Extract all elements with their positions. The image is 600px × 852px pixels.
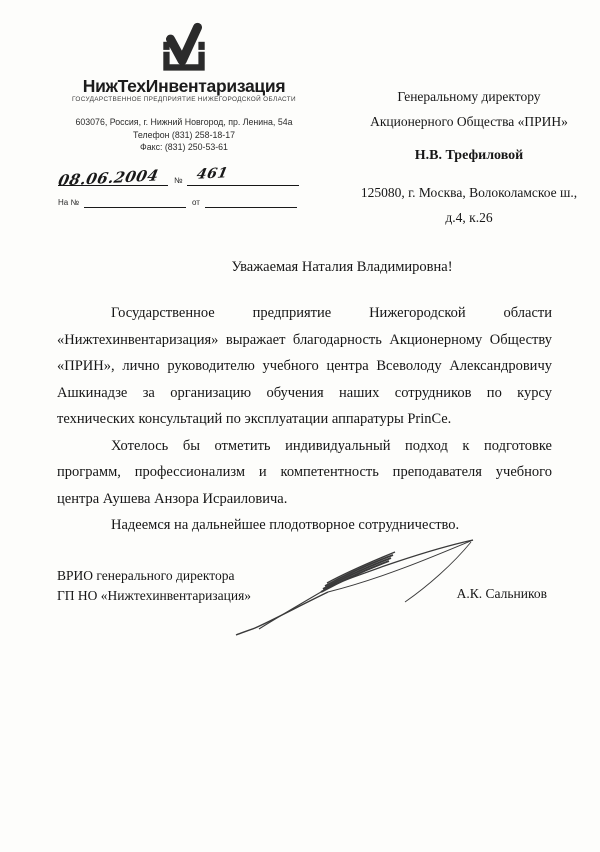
company-contact-block: 603076, Россия, г. Нижний Новгород, пр. … bbox=[58, 116, 310, 154]
paragraph: Государственное предприятие Нижегородско… bbox=[57, 300, 552, 433]
recipient-name: Н.В. Трефиловой bbox=[344, 143, 594, 168]
number-sign-label: № bbox=[168, 176, 187, 186]
reply-number-label: На № bbox=[58, 198, 84, 208]
signer-name: А.К. Сальников bbox=[457, 586, 547, 602]
paragraph-line: программ, профессионализм и компетентнос… bbox=[57, 459, 552, 486]
reference-row-reply: На № от bbox=[58, 195, 310, 208]
recipient-address-line1: 125080, г. Москва, Волоколамское ш., bbox=[344, 180, 594, 205]
company-phone: Телефон (831) 258-18-17 bbox=[58, 129, 310, 142]
paragraph: Хотелось бы отметить индивидуальный подх… bbox=[57, 433, 552, 513]
company-fax: Факс: (831) 250-53-61 bbox=[58, 141, 310, 154]
signer-position-line2: ГП НО «Нижтехинвентаризация» bbox=[57, 586, 251, 606]
letter-page: НижТехИнвентаризация ГОСУДАРСТВЕННОЕ ПРЕ… bbox=[0, 0, 600, 852]
signature-flourish bbox=[225, 528, 490, 640]
salutation: Уважаемая Наталия Владимировна! bbox=[127, 259, 557, 276]
reference-block: 08.06.2004 № 461 На № от bbox=[58, 160, 310, 208]
recipient-block: Генеральному директору Акционерного Обще… bbox=[344, 84, 594, 230]
reply-date-field bbox=[205, 194, 297, 208]
handwritten-number: 461 bbox=[195, 165, 229, 183]
outgoing-date-field: 08.06.2004 bbox=[58, 159, 168, 186]
letterhead: НижТехИнвентаризация ГОСУДАРСТВЕННОЕ ПРЕ… bbox=[58, 22, 310, 208]
paragraph-line: Хотелось бы отметить индивидуальный подх… bbox=[57, 433, 552, 460]
reference-row-outgoing: 08.06.2004 № 461 bbox=[58, 160, 310, 186]
recipient-address-line2: д.4, к.26 bbox=[344, 205, 594, 230]
signer-position-line1: ВРИО генерального директора bbox=[57, 566, 251, 586]
outgoing-number-field: 461 bbox=[187, 159, 299, 186]
paragraph-line: Государственное предприятие Нижегородско… bbox=[57, 300, 552, 327]
company-name: НижТехИнвентаризация bbox=[58, 77, 310, 95]
signer-position-block: ВРИО генерального директора ГП НО «Нижте… bbox=[57, 566, 251, 605]
recipient-title-line2: Акционерного Общества «ПРИН» bbox=[344, 109, 594, 134]
paragraph-line: технических консультаций по эксплуатации… bbox=[57, 406, 552, 433]
letter-paragraphs: Государственное предприятие Нижегородско… bbox=[57, 300, 552, 539]
paragraph-line: центра Аушева Анзора Исраиловича. bbox=[57, 486, 552, 513]
reply-number-field bbox=[84, 194, 186, 208]
paragraph-line: «Нижтехинвентаризация» выражает благодар… bbox=[57, 327, 552, 354]
recipient-title-line1: Генеральному директору bbox=[344, 84, 594, 109]
checkmark-in-box-icon bbox=[155, 22, 213, 76]
paragraph-line: «ПРИН», лично руководителю учебного цент… bbox=[57, 353, 552, 380]
handwritten-date: 08.06.2004 bbox=[57, 166, 161, 189]
company-tagline: ГОСУДАРСТВЕННОЕ ПРЕДПРИЯТИЕ НИЖЕГОРОДСКО… bbox=[58, 96, 310, 103]
reply-from-label: от bbox=[186, 198, 205, 208]
paragraph-line: Ашкинадзе за организацию обучения наших … bbox=[57, 380, 552, 407]
company-address: 603076, Россия, г. Нижний Новгород, пр. … bbox=[58, 116, 310, 129]
